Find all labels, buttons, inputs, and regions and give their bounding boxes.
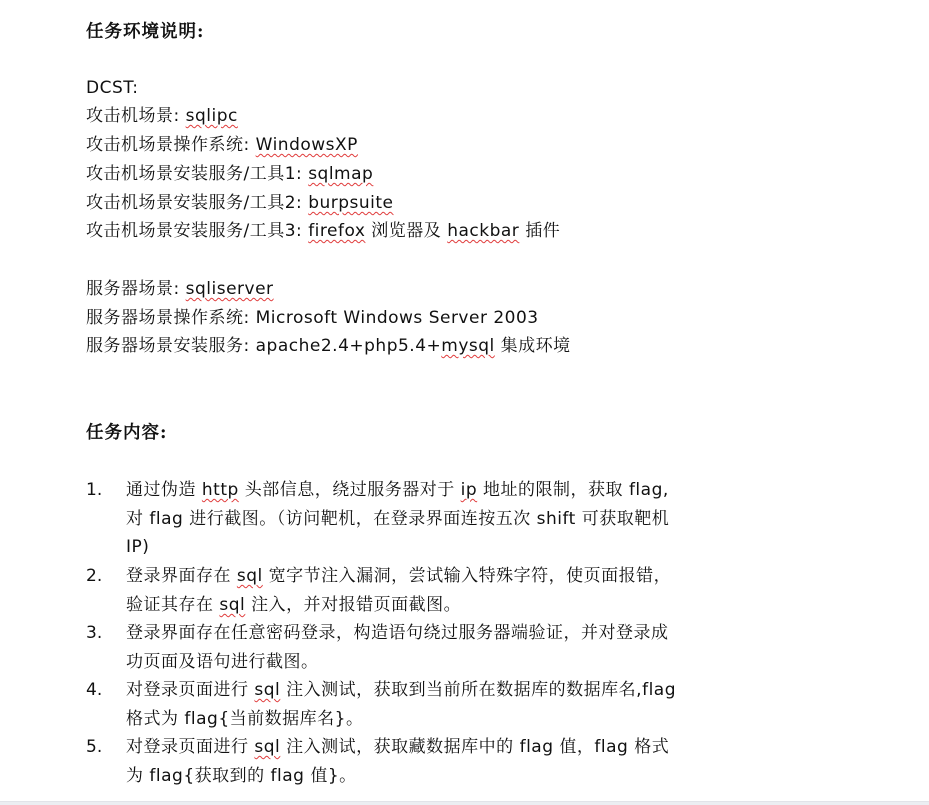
attacker-tool-3-line: 攻击机场景安装服务/工具3: firefox 浏览器及 hackbar 插件 — [86, 220, 560, 242]
field-label: 服务器场景安装服务: — [86, 336, 250, 356]
field-label: 攻击机场景安装服务/工具2: — [86, 193, 302, 213]
field-value: WindowsXP — [256, 135, 358, 155]
field-label: 攻击机场景操作系统: — [86, 135, 250, 155]
field-value: hackbar — [447, 221, 519, 241]
list-number: 5. — [86, 736, 102, 758]
section-heading-environment: 任务环境说明: — [86, 21, 204, 43]
field-label: 攻击机场景安装服务/工具1: — [86, 164, 302, 184]
field-label: 攻击机场景安装服务/工具3: — [86, 221, 302, 241]
page-bottom-edge — [0, 801, 929, 805]
field-value: sqliserver — [186, 279, 274, 299]
field-value: mysql — [441, 336, 495, 356]
field-value: sqlipc — [186, 106, 238, 126]
section-heading-tasks: 任务内容: — [86, 422, 167, 444]
attacker-os-line: 攻击机场景操作系统: WindowsXP — [86, 134, 358, 156]
field-label: 攻击机场景: — [86, 106, 180, 126]
server-os-line: 服务器场景操作系统: Microsoft Windows Server 2003 — [86, 307, 539, 329]
list-number: 4. — [86, 679, 102, 701]
server-scene-line: 服务器场景: sqliserver — [86, 278, 274, 300]
document-page: 任务环境说明: DCST: 攻击机场景: sqlipc 攻击机场景操作系统: W… — [0, 0, 929, 802]
attacker-tool-1-line: 攻击机场景安装服务/工具1: sqlmap — [86, 163, 373, 185]
attacker-scene-line: 攻击机场景: sqlipc — [86, 105, 238, 127]
field-value: Microsoft Windows Server 2003 — [256, 308, 539, 328]
list-number: 1. — [86, 479, 102, 501]
attacker-tool-2-line: 攻击机场景安装服务/工具2: burpsuite — [86, 192, 394, 214]
field-value: firefox — [308, 221, 365, 241]
field-label: 服务器场景: — [86, 279, 180, 299]
list-number: 2. — [86, 565, 102, 587]
server-services-line: 服务器场景安装服务: apache2.4+php5.4+mysql 集成环境 — [86, 335, 571, 357]
env-group-label: DCST: — [86, 77, 139, 99]
field-value: burpsuite — [308, 193, 393, 213]
list-number: 3. — [86, 622, 102, 644]
field-label: 服务器场景操作系统: — [86, 308, 250, 328]
field-value: sqlmap — [308, 164, 373, 184]
